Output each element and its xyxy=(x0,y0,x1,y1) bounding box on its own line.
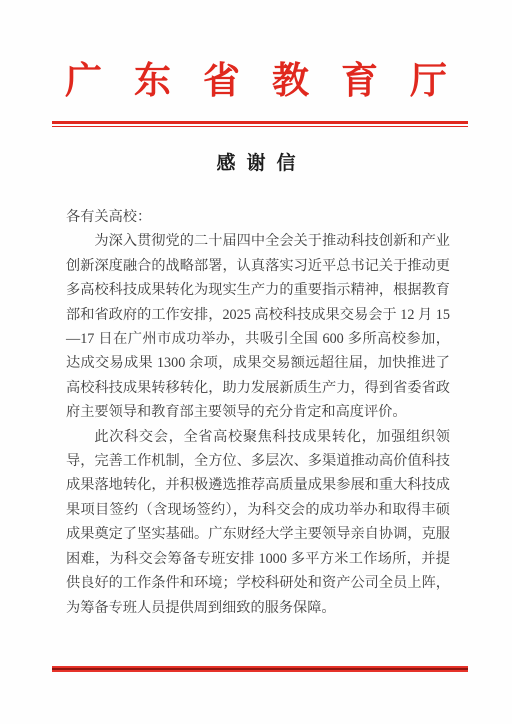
letter-salutation: 各有关高校： xyxy=(66,205,450,229)
letter-body: 各有关高校： 为深入贯彻党的二十届四中全会关于推动科技创新和产业创新深度融合的战… xyxy=(66,205,450,620)
footer-divider xyxy=(52,666,468,672)
letterhead-org-name: 广东省教育厅 xyxy=(0,60,512,104)
letter-paragraph: 此次科交会，全省高校聚焦科技成果转化，加强组织领导，完善工作机制，全方位、多层次… xyxy=(66,425,450,620)
letterhead-divider xyxy=(52,121,468,124)
letter-title: 感谢信 xyxy=(0,152,512,177)
letter-paragraph: 为深入贯彻党的二十届四中全会关于推动科技创新和产业创新深度融合的战略部署，认真落… xyxy=(66,229,450,424)
document-page: 广东省教育厅 感谢信 各有关高校： 为深入贯彻党的二十届四中全会关于推动科技创新… xyxy=(0,0,512,724)
